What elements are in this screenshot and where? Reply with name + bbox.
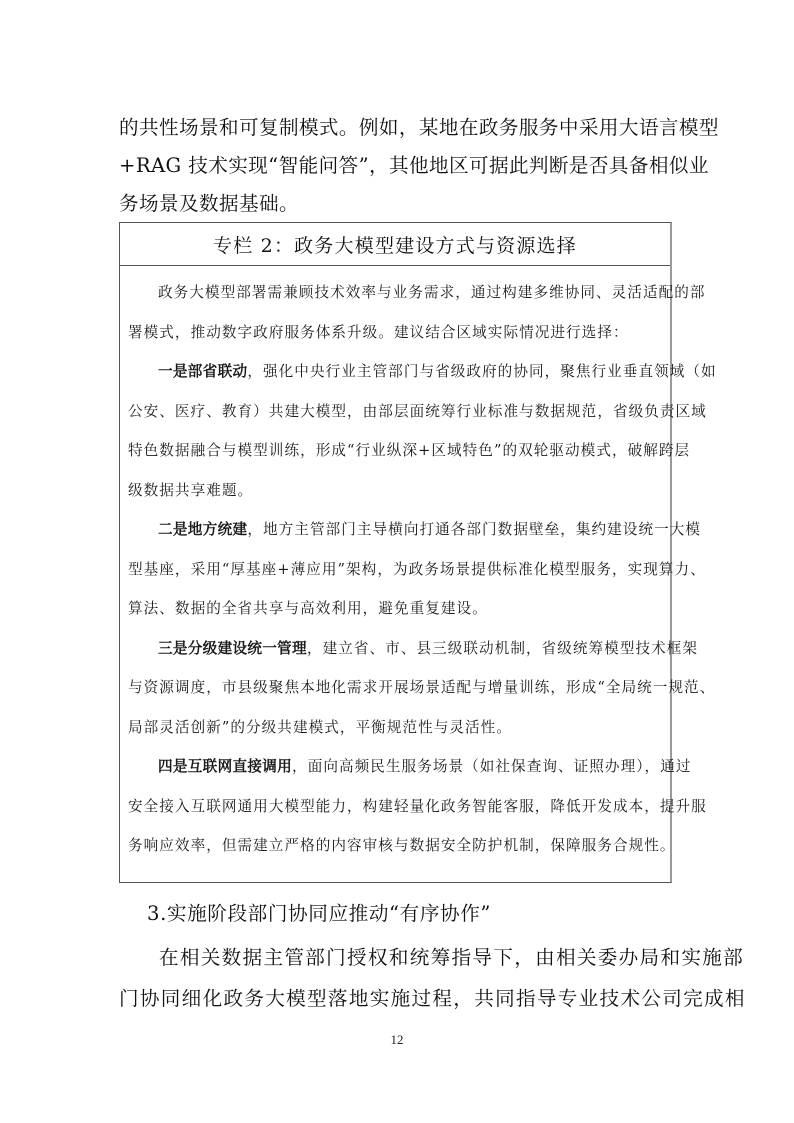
intro-paragraph: 的共性场景和可复制模式。例如，某地在政务服务中采用大语言模型 +RAG 技术实现… [119,109,675,223]
item-text: ，面向高频民生服务场景（如社保查询、证照办理），通过 [292,758,691,775]
section-paragraph: 在相关数据主管部门授权和统筹指导下，由相关委办局和实施部 门协同细化政务大模型落… [119,937,746,1019]
item-text: ，建立省、市、县三级联动机制，省级统筹模型技术框架 [307,640,698,657]
item-lead: 三是分级建设统一管理 [158,640,307,657]
text-line: 二是地方统建，地方主管部门主导横向打通各部门数据壁垒，集约建设统一大模 [128,510,662,550]
text-line: 署模式，推动数字政府服务体系升级。建议结合区域实际情况进行选择： [128,313,662,353]
text-line: 务响应效率，但需建立严格的内容审核与数据安全防护机制，保障服务合规性。 [128,826,662,866]
box-item-1: 一是部省联动，强化中央行业主管部门与省级政府的协同，聚焦行业垂直领域（如 公安、… [128,352,662,510]
document-page: 的共性场景和可复制模式。例如，某地在政务服务中采用大语言模型 +RAG 技术实现… [0,0,794,1123]
box-item-4: 四是互联网直接调用，面向高频民生服务场景（如社保查询、证照办理），通过 安全接入… [128,747,662,866]
text-line: 四是互联网直接调用，面向高频民生服务场景（如社保查询、证照办理），通过 [128,747,662,787]
text-line: 安全接入互联网通用大模型能力，构建轻量化政务智能客服，降低开发成本，提升服 [128,787,662,827]
text-line: 与资源调度，市县级聚焦本地化需求开展场景适配与增量训练，形成“全局统一规范、 [128,668,662,708]
text-line: 级数据共享难题。 [128,471,662,511]
text-line: 的共性场景和可复制模式。例如，某地在政务服务中采用大语言模型 [119,109,675,147]
item-text: ，强化中央行业主管部门与省级政府的协同，聚焦行业垂直领域（如 [247,363,716,380]
item-lead: 四是互联网直接调用 [158,758,292,775]
box-intro-paragraph: 政务大模型部署需兼顾技术效率与业务需求，通过构建多维协同、灵活适配的部 署模式，… [128,273,662,352]
item-text: ，地方主管部门主导横向打通各部门数据壁垒，集约建设统一大模 [247,521,701,538]
section-heading: 3.实施阶段部门协同应推动“有序协作” [147,895,491,933]
text-line: 三是分级建设统一管理，建立省、市、县三级联动机制，省级统筹模型技术框架 [128,629,662,669]
box-body: 政务大模型部署需兼顾技术效率与业务需求，通过构建多维协同、灵活适配的部 署模式，… [120,266,670,866]
box-item-2: 二是地方统建，地方主管部门主导横向打通各部门数据壁垒，集约建设统一大模 型基座，… [128,510,662,629]
text-line: 门协同细化政务大模型落地实施过程，共同指导专业技术公司完成相 [119,978,746,1019]
sidebar-box-column-2: 专栏 2：政务大模型建设方式与资源选择 政务大模型部署需兼顾技术效率与业务需求，… [119,222,672,883]
box-item-3: 三是分级建设统一管理，建立省、市、县三级联动机制，省级统筹模型技术框架 与资源调… [128,629,662,748]
text-line: 局部灵活创新”的分级共建模式，平衡规范性与灵活性。 [128,708,662,748]
text-line: 算法、数据的全省共享与高效利用，避免重复建设。 [128,589,662,629]
text-line: 公安、医疗、教育）共建大模型，由部层面统筹行业标准与数据规范，省级负责区域 [128,392,662,432]
text-line: 务场景及数据基础。 [119,185,675,223]
text-line: 在相关数据主管部门授权和统筹指导下，由相关委办局和实施部 [119,937,746,978]
item-lead: 一是部省联动 [158,363,247,380]
text-line: 政务大模型部署需兼顾技术效率与业务需求，通过构建多维协同、灵活适配的部 [128,273,662,313]
text-line: 特色数据融合与模型训练，形成“行业纵深+区域特色”的双轮驱动模式，破解跨层 [128,431,662,471]
text-line: 型基座，采用“厚基座+薄应用”架构，为政务场景提供标准化模型服务，实现算力、 [128,550,662,590]
text-line: 一是部省联动，强化中央行业主管部门与省级政府的协同，聚焦行业垂直领域（如 [128,352,662,392]
box-title: 专栏 2：政务大模型建设方式与资源选择 [120,223,670,266]
page-number: 12 [0,1032,794,1048]
text-line: +RAG 技术实现“智能问答”，其他地区可据此判断是否具备相似业 [119,147,675,185]
item-lead: 二是地方统建 [158,521,247,538]
